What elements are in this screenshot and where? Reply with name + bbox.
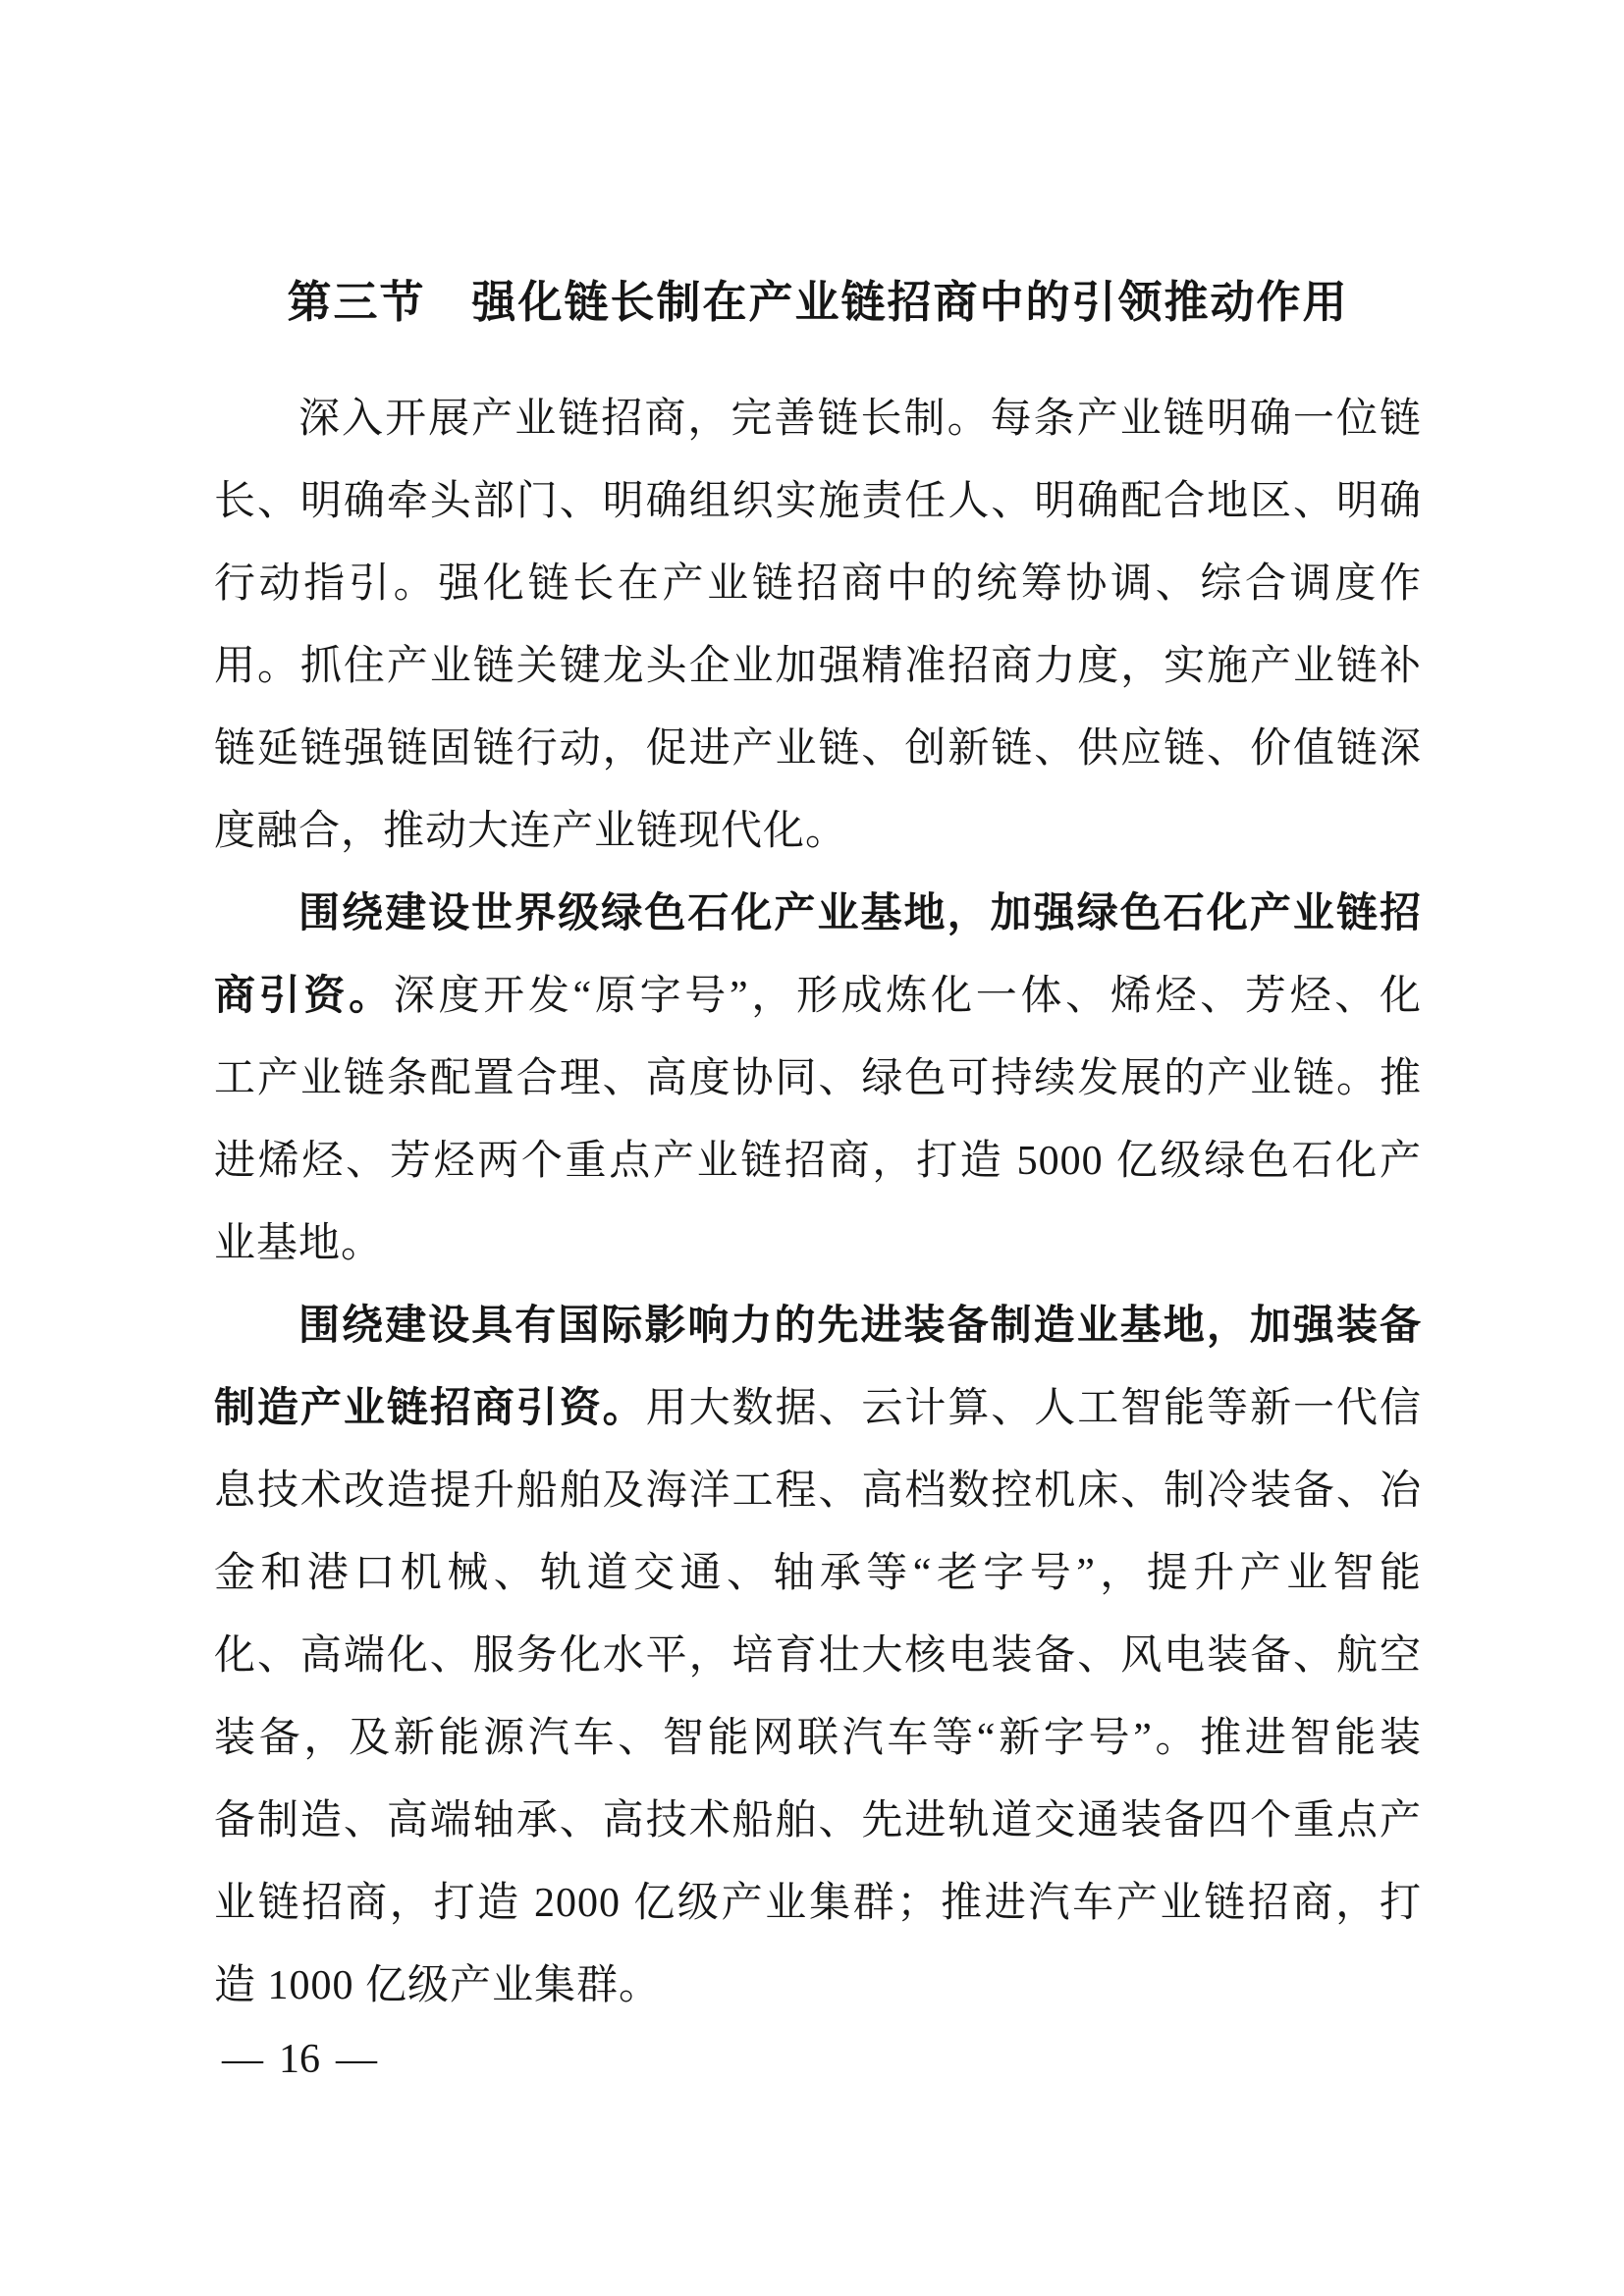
bold-text-segment: 围绕建设世界级绿色石化产业基地，加强绿色石化产业链招 (298, 891, 1422, 936)
body-line: 进烯烃、芳烃两个重点产业链招商，打造 5000 亿级绿色石化产 (214, 1120, 1422, 1202)
text-segment: 进烯烃、芳烃两个重点产业链招商，打造 5000 亿级绿色石化产 (214, 1139, 1422, 1184)
body-line: 化、高端化、服务化水平，培育壮大核电装备、风电装备、航空 (214, 1615, 1422, 1697)
text-segment: 业链招商，打造 2000 亿级产业集群；推进汽车产业链招商，打 (214, 1881, 1422, 1926)
body-line: 链延链强链固链行动，促进产业链、创新链、供应链、价值链深 (214, 708, 1422, 790)
body-line: 长、明确牵头部门、明确组织实施责任人、明确配合地区、明确 (214, 460, 1422, 543)
text-segment: 造 1000 亿级产业集群。 (214, 1963, 661, 2008)
body-line: 围绕建设世界级绿色石化产业基地，加强绿色石化产业链招 (214, 873, 1422, 955)
text-segment: 行动指引。强化链长在产业链招商中的统筹协调、综合调度作 (214, 561, 1422, 607)
text-segment: 深度开发“原字号”，形成炼化一体、烯烃、芳烃、化 (394, 974, 1422, 1019)
body-line: 工产业链条配置合理、高度协同、绿色可持续发展的产业链。推 (214, 1038, 1422, 1120)
body-line: 金和港口机械、轨道交通、轴承等“老字号”，提升产业智能 (214, 1532, 1422, 1615)
body-line: 围绕建设具有国际影响力的先进装备制造业基地，加强装备 (214, 1285, 1422, 1367)
body-line: 用。抓住产业链关键龙头企业加强精准招商力度，实施产业链补 (214, 625, 1422, 708)
body-line: 业链招商，打造 2000 亿级产业集群；推进汽车产业链招商，打 (214, 1862, 1422, 1945)
body-line: 造 1000 亿级产业集群。 (214, 1945, 1422, 2027)
body-line: 息技术改造提升船舶及海洋工程、高档数控机床、制冷装备、冶 (214, 1450, 1422, 1532)
body-line: 装备，及新能源汽车、智能网联汽车等“新字号”。推进智能装 (214, 1697, 1422, 1780)
text-segment: 链延链强链固链行动，促进产业链、创新链、供应链、价值链深 (214, 726, 1422, 772)
text-segment: 深入开展产业链招商，完善链长制。每条产业链明确一位链 (298, 397, 1422, 442)
text-segment: 装备，及新能源汽车、智能网联汽车等“新字号”。推进智能装 (214, 1716, 1422, 1761)
bold-text-segment: 商引资。 (214, 974, 394, 1019)
text-segment: 化、高端化、服务化水平，培育壮大核电装备、风电装备、航空 (214, 1633, 1422, 1679)
text-segment: 备制造、高端轴承、高技术船舶、先进轨道交通装备四个重点产 (214, 1798, 1422, 1843)
body-text: 深入开展产业链招商，完善链长制。每条产业链明确一位链长、明确牵头部门、明确组织实… (214, 378, 1422, 2027)
body-line: 业基地。 (214, 1202, 1422, 1285)
footer-dash-left: — (222, 2030, 263, 2089)
body-line: 行动指引。强化链长在产业链招商中的统筹协调、综合调度作 (214, 543, 1422, 625)
body-line: 商引资。深度开发“原字号”，形成炼化一体、烯烃、芳烃、化 (214, 955, 1422, 1038)
text-segment: 度融合，推动大连产业链现代化。 (214, 809, 847, 854)
text-segment: 用大数据、云计算、人工智能等新一代信 (646, 1386, 1422, 1431)
page-footer: — 16 — (222, 2030, 377, 2089)
body-line: 制造产业链招商引资。用大数据、云计算、人工智能等新一代信 (214, 1367, 1422, 1450)
text-segment: 用。抓住产业链关键龙头企业加强精准招商力度，实施产业链补 (214, 644, 1422, 689)
body-line: 备制造、高端轴承、高技术船舶、先进轨道交通装备四个重点产 (214, 1780, 1422, 1862)
text-segment: 业基地。 (214, 1221, 383, 1266)
footer-dash-right: — (336, 2030, 377, 2089)
bold-text-segment: 围绕建设具有国际影响力的先进装备制造业基地，加强装备 (298, 1304, 1422, 1349)
page-number: 16 (279, 2030, 320, 2089)
text-segment: 金和港口机械、轨道交通、轴承等“老字号”，提升产业智能 (214, 1551, 1422, 1596)
body-line: 度融合，推动大连产业链现代化。 (214, 790, 1422, 873)
section-heading: 第三节 强化链长制在产业链招商中的引领推动作用 (214, 263, 1422, 342)
bold-text-segment: 制造产业链招商引资。 (214, 1386, 646, 1431)
body-line: 深入开展产业链招商，完善链长制。每条产业链明确一位链 (214, 378, 1422, 460)
text-segment: 长、明确牵头部门、明确组织实施责任人、明确配合地区、明确 (214, 479, 1422, 524)
text-segment: 息技术改造提升船舶及海洋工程、高档数控机床、制冷装备、冶 (214, 1468, 1422, 1514)
document-page: 第三节 强化链长制在产业链招商中的引领推动作用 深入开展产业链招商，完善链长制。… (0, 0, 1624, 2296)
text-segment: 工产业链条配置合理、高度协同、绿色可持续发展的产业链。推 (214, 1056, 1422, 1101)
